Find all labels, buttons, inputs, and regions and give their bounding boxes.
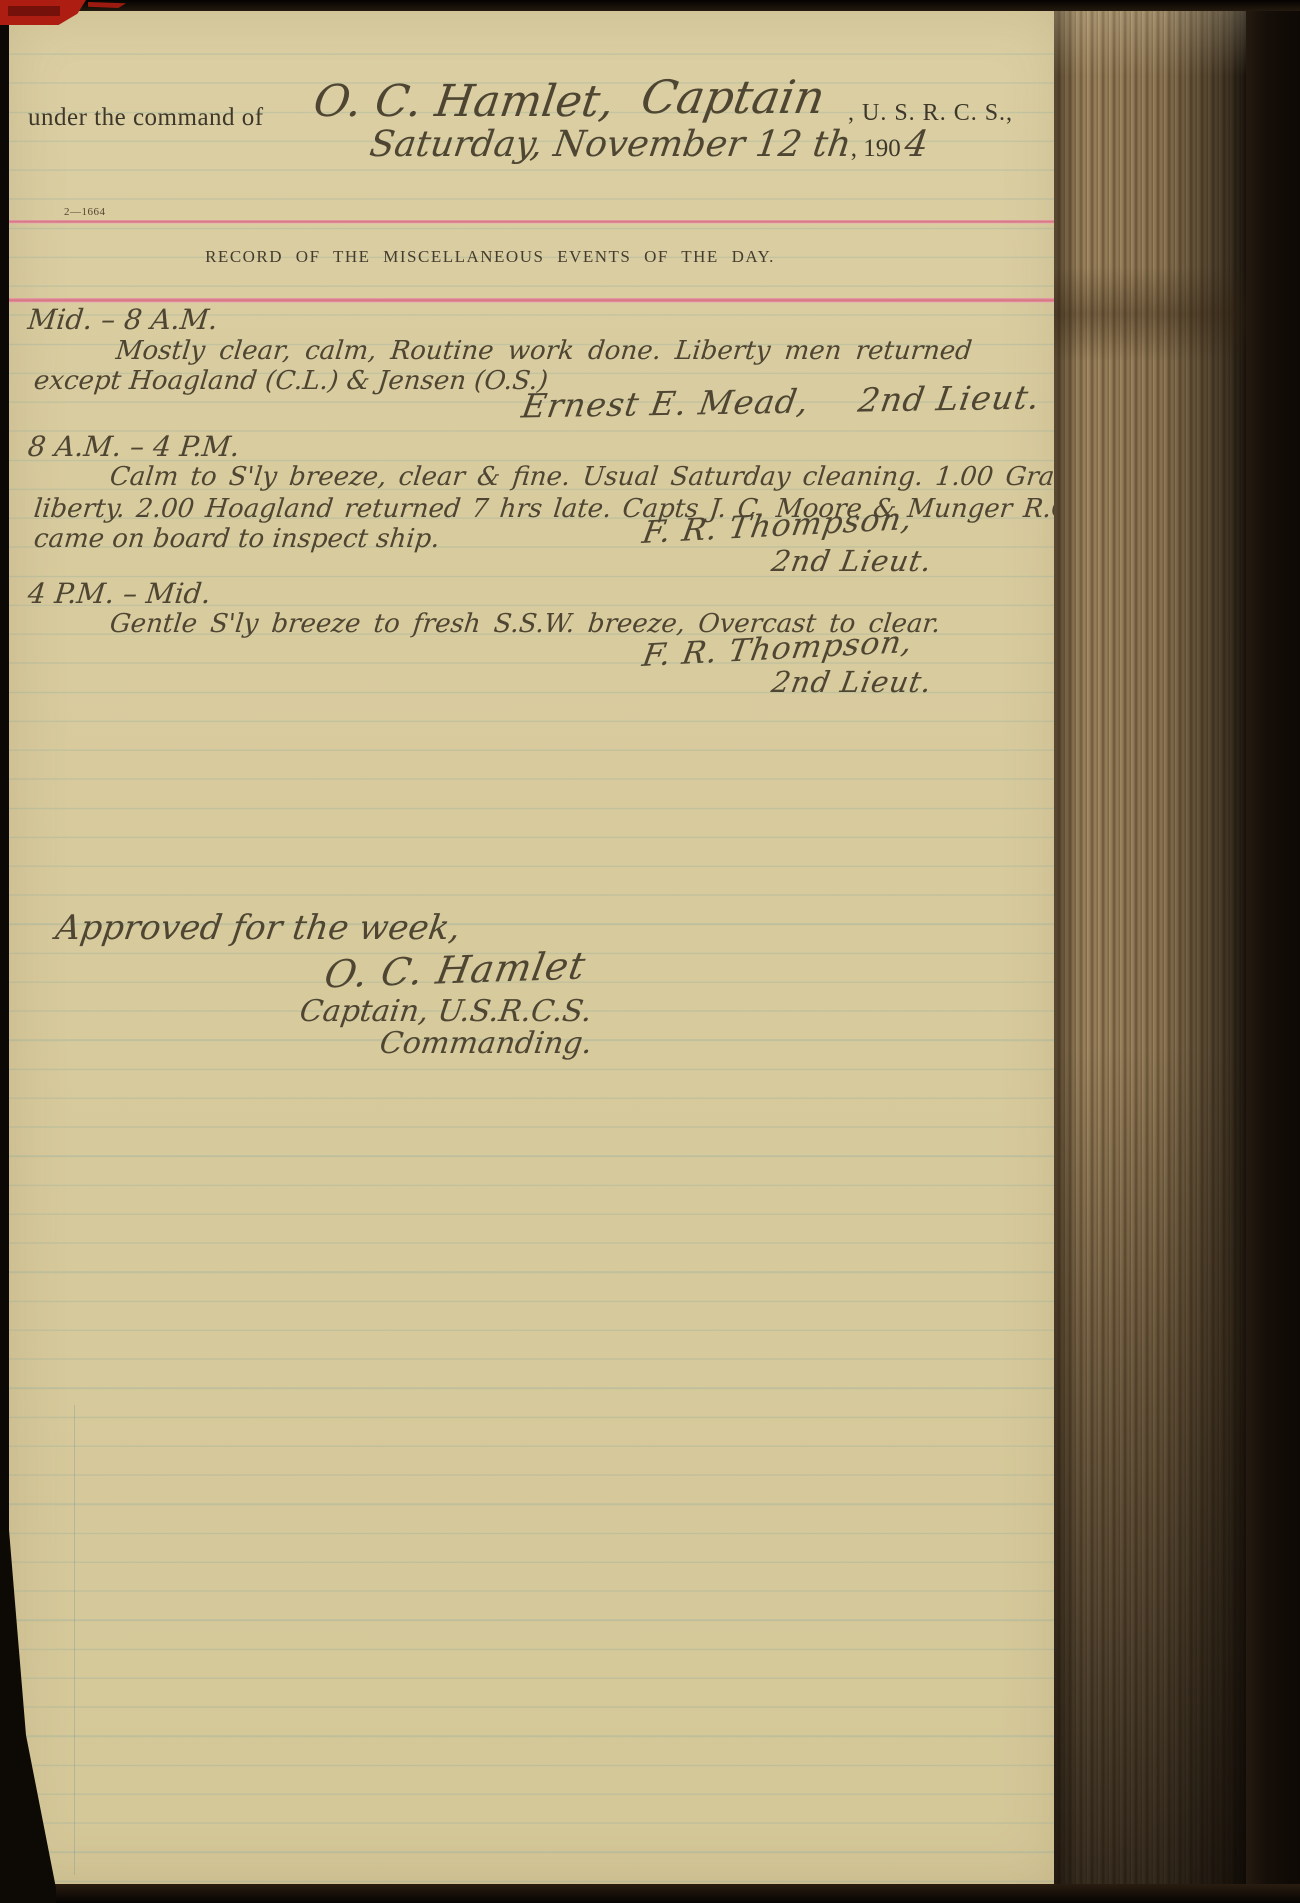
page-edge-bands [1054, 0, 1246, 1903]
entry-line: except Hoagland (C.L.) & Jensen (O.S.) [32, 366, 549, 396]
red-label-mark [8, 6, 60, 16]
date-line: Saturday, November 12 th, 190 4 [370, 124, 928, 165]
commander-rank-handwriting: Captain [637, 70, 829, 124]
top-edge-shadow [0, 0, 1300, 11]
approval-commanding-line: Commanding. [378, 1026, 595, 1061]
printed-command-prefix: under the command of [28, 104, 264, 132]
year-digit-handwriting: 4 [902, 124, 931, 165]
date-handwriting: Saturday, November 12 th [367, 124, 854, 165]
commander-name-handwriting: O. C. Hamlet, [310, 76, 617, 127]
logbook-page-scan: under the command of O. C. Hamlet, Capta… [0, 0, 1300, 1903]
signature-name: Ernest E. Mead, [519, 382, 812, 426]
entry-period: 8 A.M. – 4 P.M. [26, 430, 241, 463]
entry-line: Mostly clear, calm, Routine work done. L… [114, 336, 973, 366]
entry-period: 4 P.M. – Mid. [26, 577, 212, 610]
logbook-paper: under the command of O. C. Hamlet, Capta… [8, 10, 1062, 1886]
signature-rank: 2nd Lieut. [856, 377, 1044, 419]
pink-rule-upper [8, 220, 1062, 223]
form-number: 2—1664 [64, 206, 106, 218]
left-margin-line [74, 1405, 75, 1875]
approval-line: Approved for the week, [53, 908, 463, 948]
section-heading: RECORD OF THE MISCELLANEOUS EVENTS OF TH… [0, 247, 1017, 267]
approval-signature: O. C. Hamlet [321, 943, 589, 996]
entry-line: came on board to inspect ship. [32, 524, 441, 554]
pink-rule-lower [8, 298, 1062, 302]
entry-period: Mid. – 8 A.M. [26, 303, 219, 336]
printed-year-prefix: , 190 [851, 135, 901, 162]
signature-rank: 2nd Lieut. [769, 544, 935, 578]
entry-line: liberty. 2.00 Hoagland returned 7 hrs la… [32, 494, 1105, 524]
printed-service-abbreviation: , U. S. R. C. S., [848, 100, 1013, 127]
entry-line: Calm to S'ly breeze, clear & fine. Usual… [108, 462, 1115, 492]
book-cover-edge [1246, 0, 1300, 1903]
bottom-edge-shadow [0, 1884, 1300, 1903]
approval-rank-line: Captain, U.S.R.C.S. [298, 994, 595, 1029]
signature-rank: 2nd Lieut. [769, 665, 935, 699]
entry-signature: Ernest E. Mead, 2nd Lieut. [519, 377, 1043, 425]
book-page-edges [1054, 0, 1246, 1903]
